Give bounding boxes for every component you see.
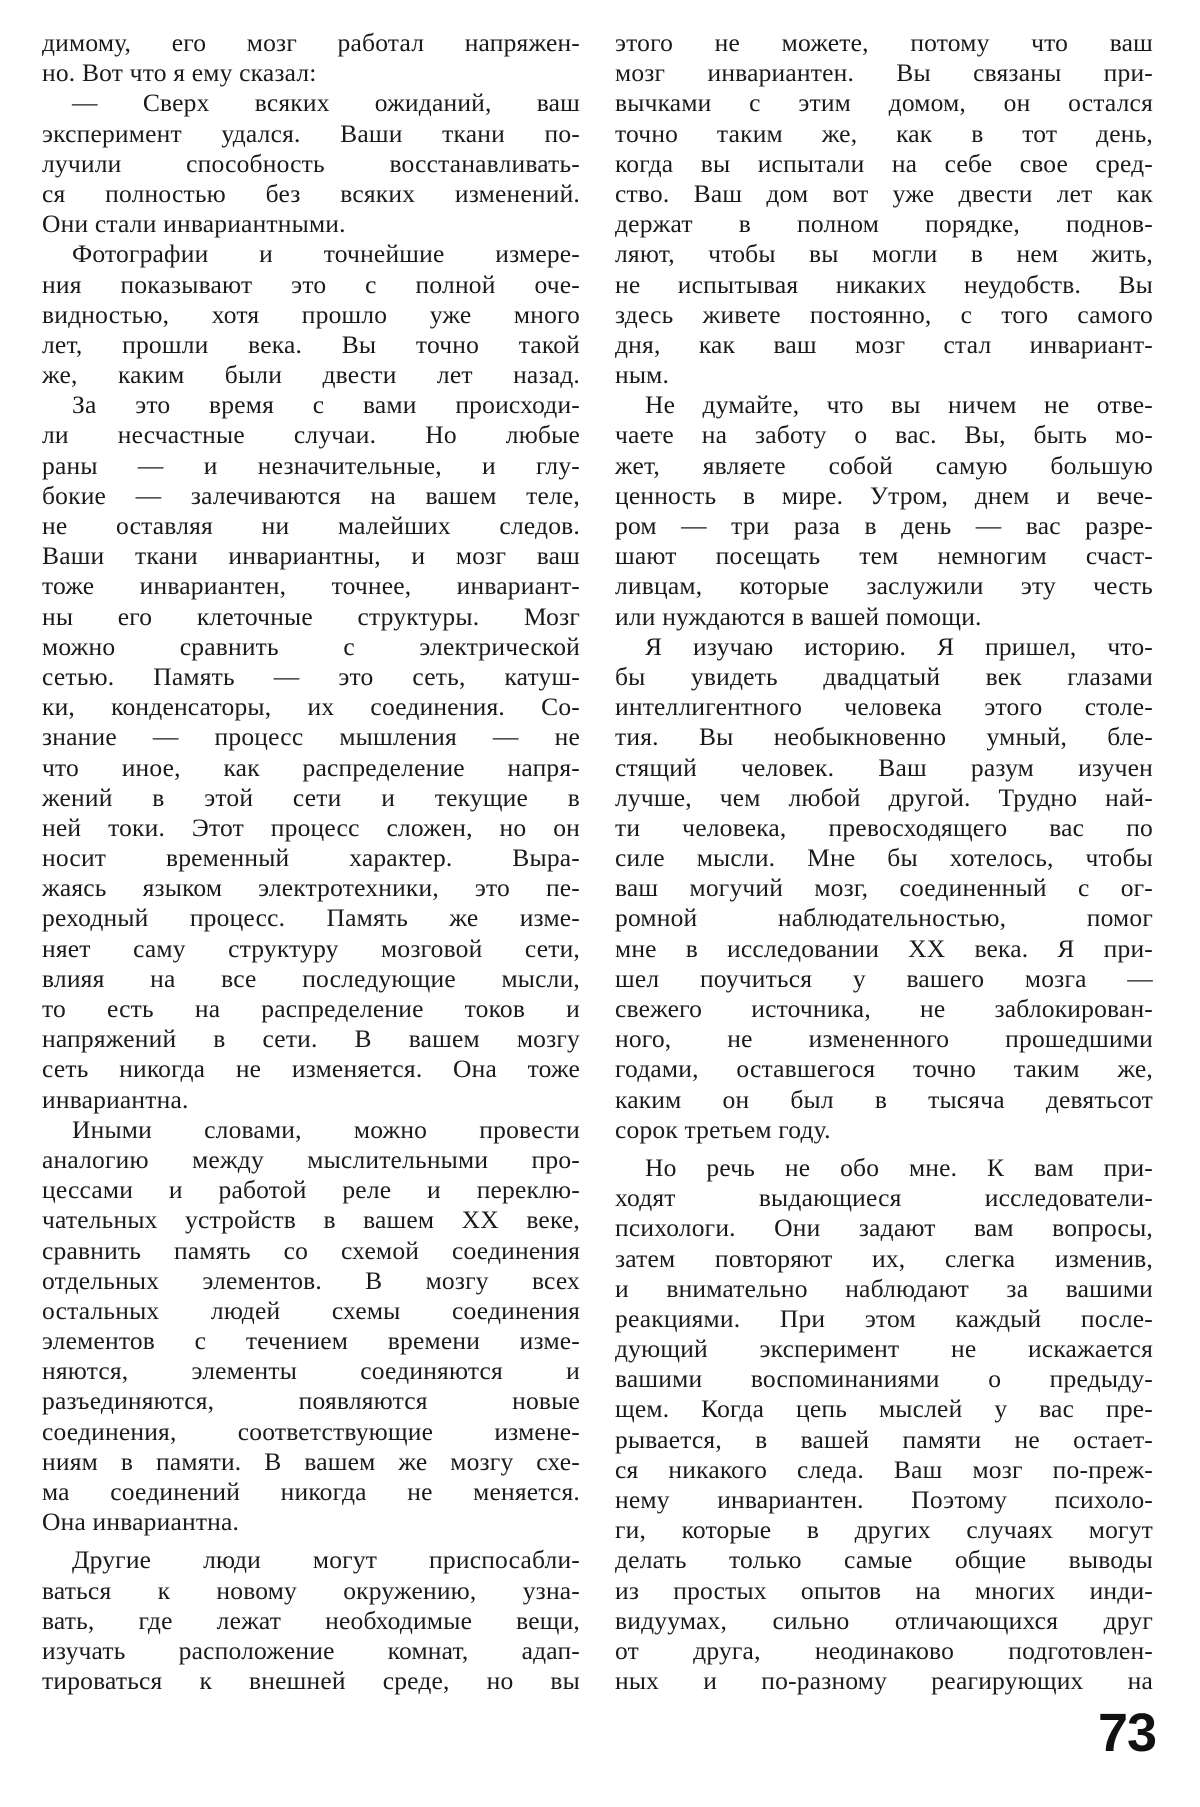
text-line: ценность в мире. Утром, днем и вече-: [615, 481, 1153, 511]
text-line: тоже инвариантен, точнее, инвариант-: [42, 571, 580, 601]
text-line: ляют, чтобы вы могли в нем жить,: [615, 239, 1153, 269]
text-line: и внимательно наблюдают за вашими: [615, 1274, 1153, 1304]
text-line: ней токи. Этот процесс сложен, но он: [42, 813, 580, 843]
text-line: бокие — залечиваются на вашем теле,: [42, 481, 580, 511]
text-line: интеллигентного человека этого столе-: [615, 692, 1153, 722]
text-line: эксперимент удался. Ваши ткани по-: [42, 119, 580, 149]
text-line: вать, где лежат необходимые вещи,: [42, 1606, 580, 1636]
text-line: дующий эксперимент не искажается: [615, 1334, 1153, 1364]
text-line: жет, являете собой самую большую: [615, 451, 1153, 481]
text-line: жений в этой сети и текущие в: [42, 783, 580, 813]
text-line: димому, его мозг работал напряжен-: [42, 28, 580, 58]
text-line: ваться к новому окружению, узна-: [42, 1576, 580, 1606]
text-line: когда вы испытали на себе свое сред-: [615, 149, 1153, 179]
right-text-column: этого не можете, потому что вашмозг инва…: [615, 28, 1153, 1696]
text-line: ных и по-разному реагирующих на: [615, 1666, 1153, 1696]
text-line: шают посещать тем немногим счаст-: [615, 541, 1153, 571]
text-line: отдельных элементов. В мозгу всех: [42, 1266, 580, 1296]
text-line: лучили способность восстанавливать-: [42, 149, 580, 179]
text-line: влияя на все последующие мысли,: [42, 964, 580, 994]
text-line: ти человека, превосходящего вас по: [615, 813, 1153, 843]
text-line: что иное, как распределение напря-: [42, 753, 580, 783]
text-line: реходный процесс. Память же изме-: [42, 903, 580, 933]
text-line: психологи. Они задают вам вопросы,: [615, 1213, 1153, 1243]
text-line: Я изучаю историю. Я пришел, что-: [615, 632, 1153, 662]
text-line: Не думайте, что вы ничем не отве-: [615, 390, 1153, 420]
text-line: тия. Вы необыкновенно умный, бле-: [615, 722, 1153, 752]
text-line: лет, прошли века. Вы точно такой: [42, 330, 580, 360]
text-line: или нуждаются в вашей помощи.: [615, 602, 1153, 632]
text-line: стящий человек. Ваш разум изучен: [615, 753, 1153, 783]
text-line: знание — процесс мышления — не: [42, 722, 580, 752]
text-line: затем повторяют их, слегка изменив,: [615, 1244, 1153, 1274]
text-line: остальных людей схемы соединения: [42, 1296, 580, 1326]
text-line: вашими воспоминаниями о предыду-: [615, 1364, 1153, 1394]
text-line: ным.: [615, 360, 1153, 390]
text-line: сорок третьем году.: [615, 1115, 1153, 1145]
text-line: ливцам, которые заслужили эту честь: [615, 571, 1153, 601]
text-line: чательных устройств в вашем XX веке,: [42, 1205, 580, 1235]
text-line: ство. Ваш дом вот уже двести лет как: [615, 179, 1153, 209]
text-line: годами, оставшегося точно таким же,: [615, 1054, 1153, 1084]
text-line: шел поучиться у вашего мозга —: [615, 964, 1153, 994]
text-line: держат в полном порядке, поднов-: [615, 209, 1153, 239]
text-line: Фотографии и точнейшие измере-: [42, 239, 580, 269]
text-line: ны его клеточные структуры. Мозг: [42, 602, 580, 632]
text-line: соединения, соответствующие измене-: [42, 1417, 580, 1447]
text-line: свежего источника, не заблокирован-: [615, 994, 1153, 1024]
text-line: ки, конденсаторы, их соединения. Со-: [42, 692, 580, 722]
text-line: здесь живете постоянно, с того самого: [615, 300, 1153, 330]
text-line: Иными словами, можно провести: [42, 1115, 580, 1145]
text-line: рывается, в вашей памяти не остает-: [615, 1425, 1153, 1455]
text-line: Другие люди могут приспосабли-: [42, 1545, 580, 1575]
text-line: Но речь не обо мне. К вам при-: [615, 1153, 1153, 1183]
text-line: жаясь языком электротехники, это пе-: [42, 873, 580, 903]
text-line: сеть никогда не изменяется. Она тоже: [42, 1054, 580, 1084]
text-line: не оставляя ни малейших следов.: [42, 511, 580, 541]
text-line: то есть на распределение токов и: [42, 994, 580, 1024]
text-line: элементов с течением времени изме-: [42, 1326, 580, 1356]
text-line: ходят выдающиеся исследователи-: [615, 1183, 1153, 1213]
text-line: ся никакого следа. Ваш мозг по-преж-: [615, 1455, 1153, 1485]
text-line: ся полностью без всяких изменений.: [42, 179, 580, 209]
text-line: дня, как ваш мозг стал инвариант-: [615, 330, 1153, 360]
text-line: ромной наблюдательностью, помог: [615, 903, 1153, 933]
text-line: мне в исследовании XX века. Я при-: [615, 934, 1153, 964]
text-line: каким он был в тысяча девятьсот: [615, 1085, 1153, 1115]
text-line: ниям в памяти. В вашем же мозгу схе-: [42, 1447, 580, 1477]
text-line: но. Вот что я ему сказал:: [42, 58, 580, 88]
text-line: ния показывают это с полной оче-: [42, 270, 580, 300]
text-line: разъединяются, появляются новые: [42, 1386, 580, 1416]
text-line: из простых опытов на многих инди-: [615, 1576, 1153, 1606]
text-line: няет саму структуру мозговой сети,: [42, 934, 580, 964]
text-line: реакциями. При этом каждый после-: [615, 1304, 1153, 1334]
text-line: няются, элементы соединяются и: [42, 1356, 580, 1386]
text-line: мозг инвариантен. Вы связаны при-: [615, 58, 1153, 88]
text-line: изучать расположение комнат, адап-: [42, 1636, 580, 1666]
text-line: сравнить память со схемой соединения: [42, 1236, 580, 1266]
text-line: инвариантна.: [42, 1085, 580, 1115]
text-line: Они стали инвариантными.: [42, 209, 580, 239]
text-line: нему инвариантен. Поэтому психоло-: [615, 1485, 1153, 1515]
text-line: аналогию между мыслительными про-: [42, 1145, 580, 1175]
text-line: лучше, чем любой другой. Трудно най-: [615, 783, 1153, 813]
text-line: цессами и работой реле и переклю-: [42, 1175, 580, 1205]
text-line: ром — три раза в день — вас разре-: [615, 511, 1153, 541]
text-line: За это время с вами происходи-: [42, 390, 580, 420]
text-line: бы увидеть двадцатый век глазами: [615, 662, 1153, 692]
text-line: не испытывая никаких неудобств. Вы: [615, 270, 1153, 300]
text-line: — Сверх всяких ожиданий, ваш: [42, 88, 580, 118]
text-line: этого не можете, потому что ваш: [615, 28, 1153, 58]
text-line: видностью, хотя прошло уже много: [42, 300, 580, 330]
paragraph-gap: [42, 1537, 580, 1545]
text-line: от друга, неодинаково подготовлен-: [615, 1636, 1153, 1666]
text-line: напряжений в сети. В вашем мозгу: [42, 1024, 580, 1054]
text-line: вычками с этим домом, он остался: [615, 88, 1153, 118]
text-line: ли несчастные случаи. Но любые: [42, 420, 580, 450]
text-line: делать только самые общие выводы: [615, 1545, 1153, 1575]
text-line: Ваши ткани инвариантны, и мозг ваш: [42, 541, 580, 571]
text-line: чаете на заботу о вас. Вы, быть мо-: [615, 420, 1153, 450]
text-line: можно сравнить с электрической: [42, 632, 580, 662]
text-line: точно таким же, как в тот день,: [615, 119, 1153, 149]
text-line: щем. Когда цепь мыслей у вас пре-: [615, 1394, 1153, 1424]
paragraph-gap: [615, 1145, 1153, 1153]
text-line: ного, не измененного прошедшими: [615, 1024, 1153, 1054]
text-line: носит временный характер. Выра-: [42, 843, 580, 873]
text-line: Она инвариантна.: [42, 1507, 580, 1537]
text-line: ги, которые в других случаях могут: [615, 1515, 1153, 1545]
text-line: раны — и незначительные, и глу-: [42, 451, 580, 481]
text-line: тироваться к внешней среде, но вы: [42, 1666, 580, 1696]
page-number: 73: [1098, 1702, 1156, 1764]
text-line: сетью. Память — это сеть, катуш-: [42, 662, 580, 692]
text-line: же, каким были двести лет назад.: [42, 360, 580, 390]
text-line: ма соединений никогда не меняется.: [42, 1477, 580, 1507]
text-line: ваш могучий мозг, соединенный с ог-: [615, 873, 1153, 903]
left-text-column: димому, его мозг работал напряжен-но. Во…: [42, 28, 580, 1696]
text-line: видуумах, сильно отличающихся друг: [615, 1606, 1153, 1636]
text-line: силе мысли. Мне бы хотелось, чтобы: [615, 843, 1153, 873]
